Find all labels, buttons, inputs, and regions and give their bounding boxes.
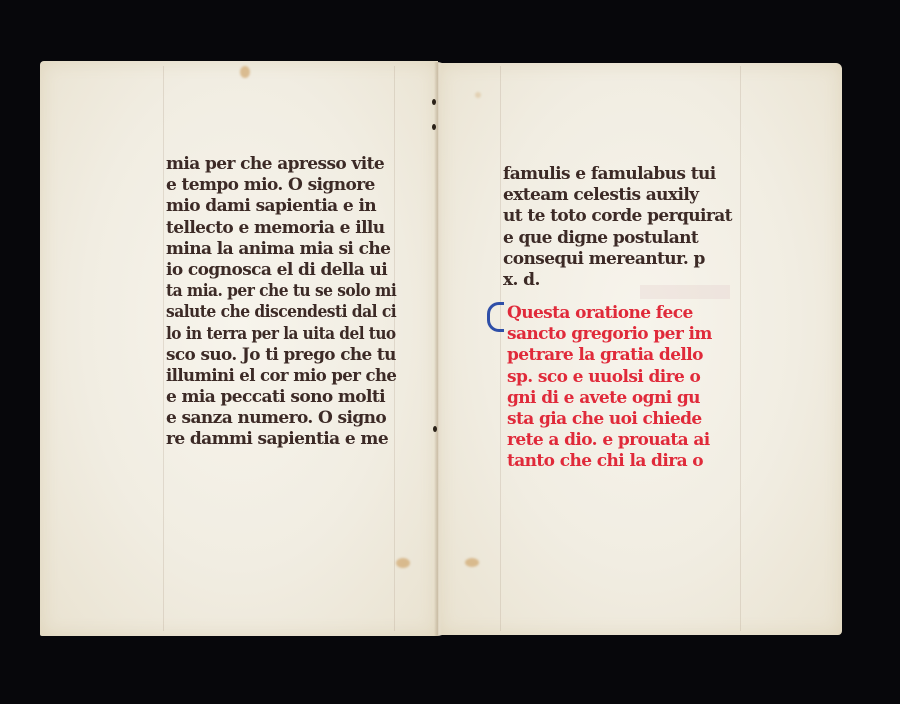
text-line: exteam celestis auxily (503, 185, 735, 206)
sewing-hole (432, 99, 436, 105)
blue-initial-q-icon (487, 302, 504, 332)
rubric-line: sancto gregorio per im (507, 324, 739, 345)
text-line: io cognosca el di della ui (166, 260, 396, 281)
right-page-rubric: Questa oratione fece sancto gregorio per… (507, 303, 739, 473)
ruling-line (500, 66, 501, 631)
text-line: famulis e famulabus tui (503, 164, 735, 185)
text-line: sco suo. Jo ti prego che tu (166, 345, 394, 366)
text-line: ut te toto corde perquirat (503, 206, 735, 227)
rubric-line: Questa oratione fece (507, 303, 739, 324)
text-line: e mia peccati sono molti (166, 387, 396, 408)
ruling-line (163, 66, 164, 631)
text-line: e que digne postulant (503, 228, 735, 249)
text-line: e tempo mio. O signore (166, 175, 396, 196)
sewing-hole (433, 426, 437, 432)
text-line: mio dami sapientia e in (166, 196, 396, 217)
text-line: mina la anima mia si che (166, 239, 396, 260)
rubric-line: tanto che chi la dira o (507, 451, 739, 472)
rubric-line: gni di e avete ogni gu (507, 388, 739, 409)
text-line: lo in terra per la uita del tuo (166, 324, 373, 345)
right-page-text-brown: famulis e famulabus tui exteam celestis … (503, 164, 735, 291)
rubric-line: rete a dio. e prouata ai (507, 430, 739, 451)
stain (475, 92, 481, 98)
text-line: ta mia. per che tu se solo mi (166, 281, 375, 302)
stain (465, 558, 479, 567)
stain (396, 558, 410, 568)
text-line: x. d. (503, 270, 735, 291)
stain (240, 66, 250, 78)
text-line: mia per che apresso vite (166, 154, 396, 175)
binding-gutter (434, 62, 442, 636)
ruling-line (740, 66, 741, 631)
text-line: illumini el cor mio per che (166, 366, 389, 387)
rubric-line: sp. sco e uuolsi dire o (507, 367, 739, 388)
text-line: salute che discendesti dal ci (166, 302, 376, 323)
text-line: re dammi sapientia e me (166, 429, 396, 450)
rubric-line: sta gia che uoi chiede (507, 409, 739, 430)
sewing-hole (432, 124, 436, 130)
text-line: consequi mereantur. p (503, 249, 735, 270)
text-line: e sanza numero. O signo (166, 408, 396, 429)
text-line: tellecto e memoria e illu (166, 218, 396, 239)
left-page-text: mia per che apresso vite e tempo mio. O … (166, 154, 396, 451)
rubric-line: petrare la gratia dello (507, 345, 739, 366)
